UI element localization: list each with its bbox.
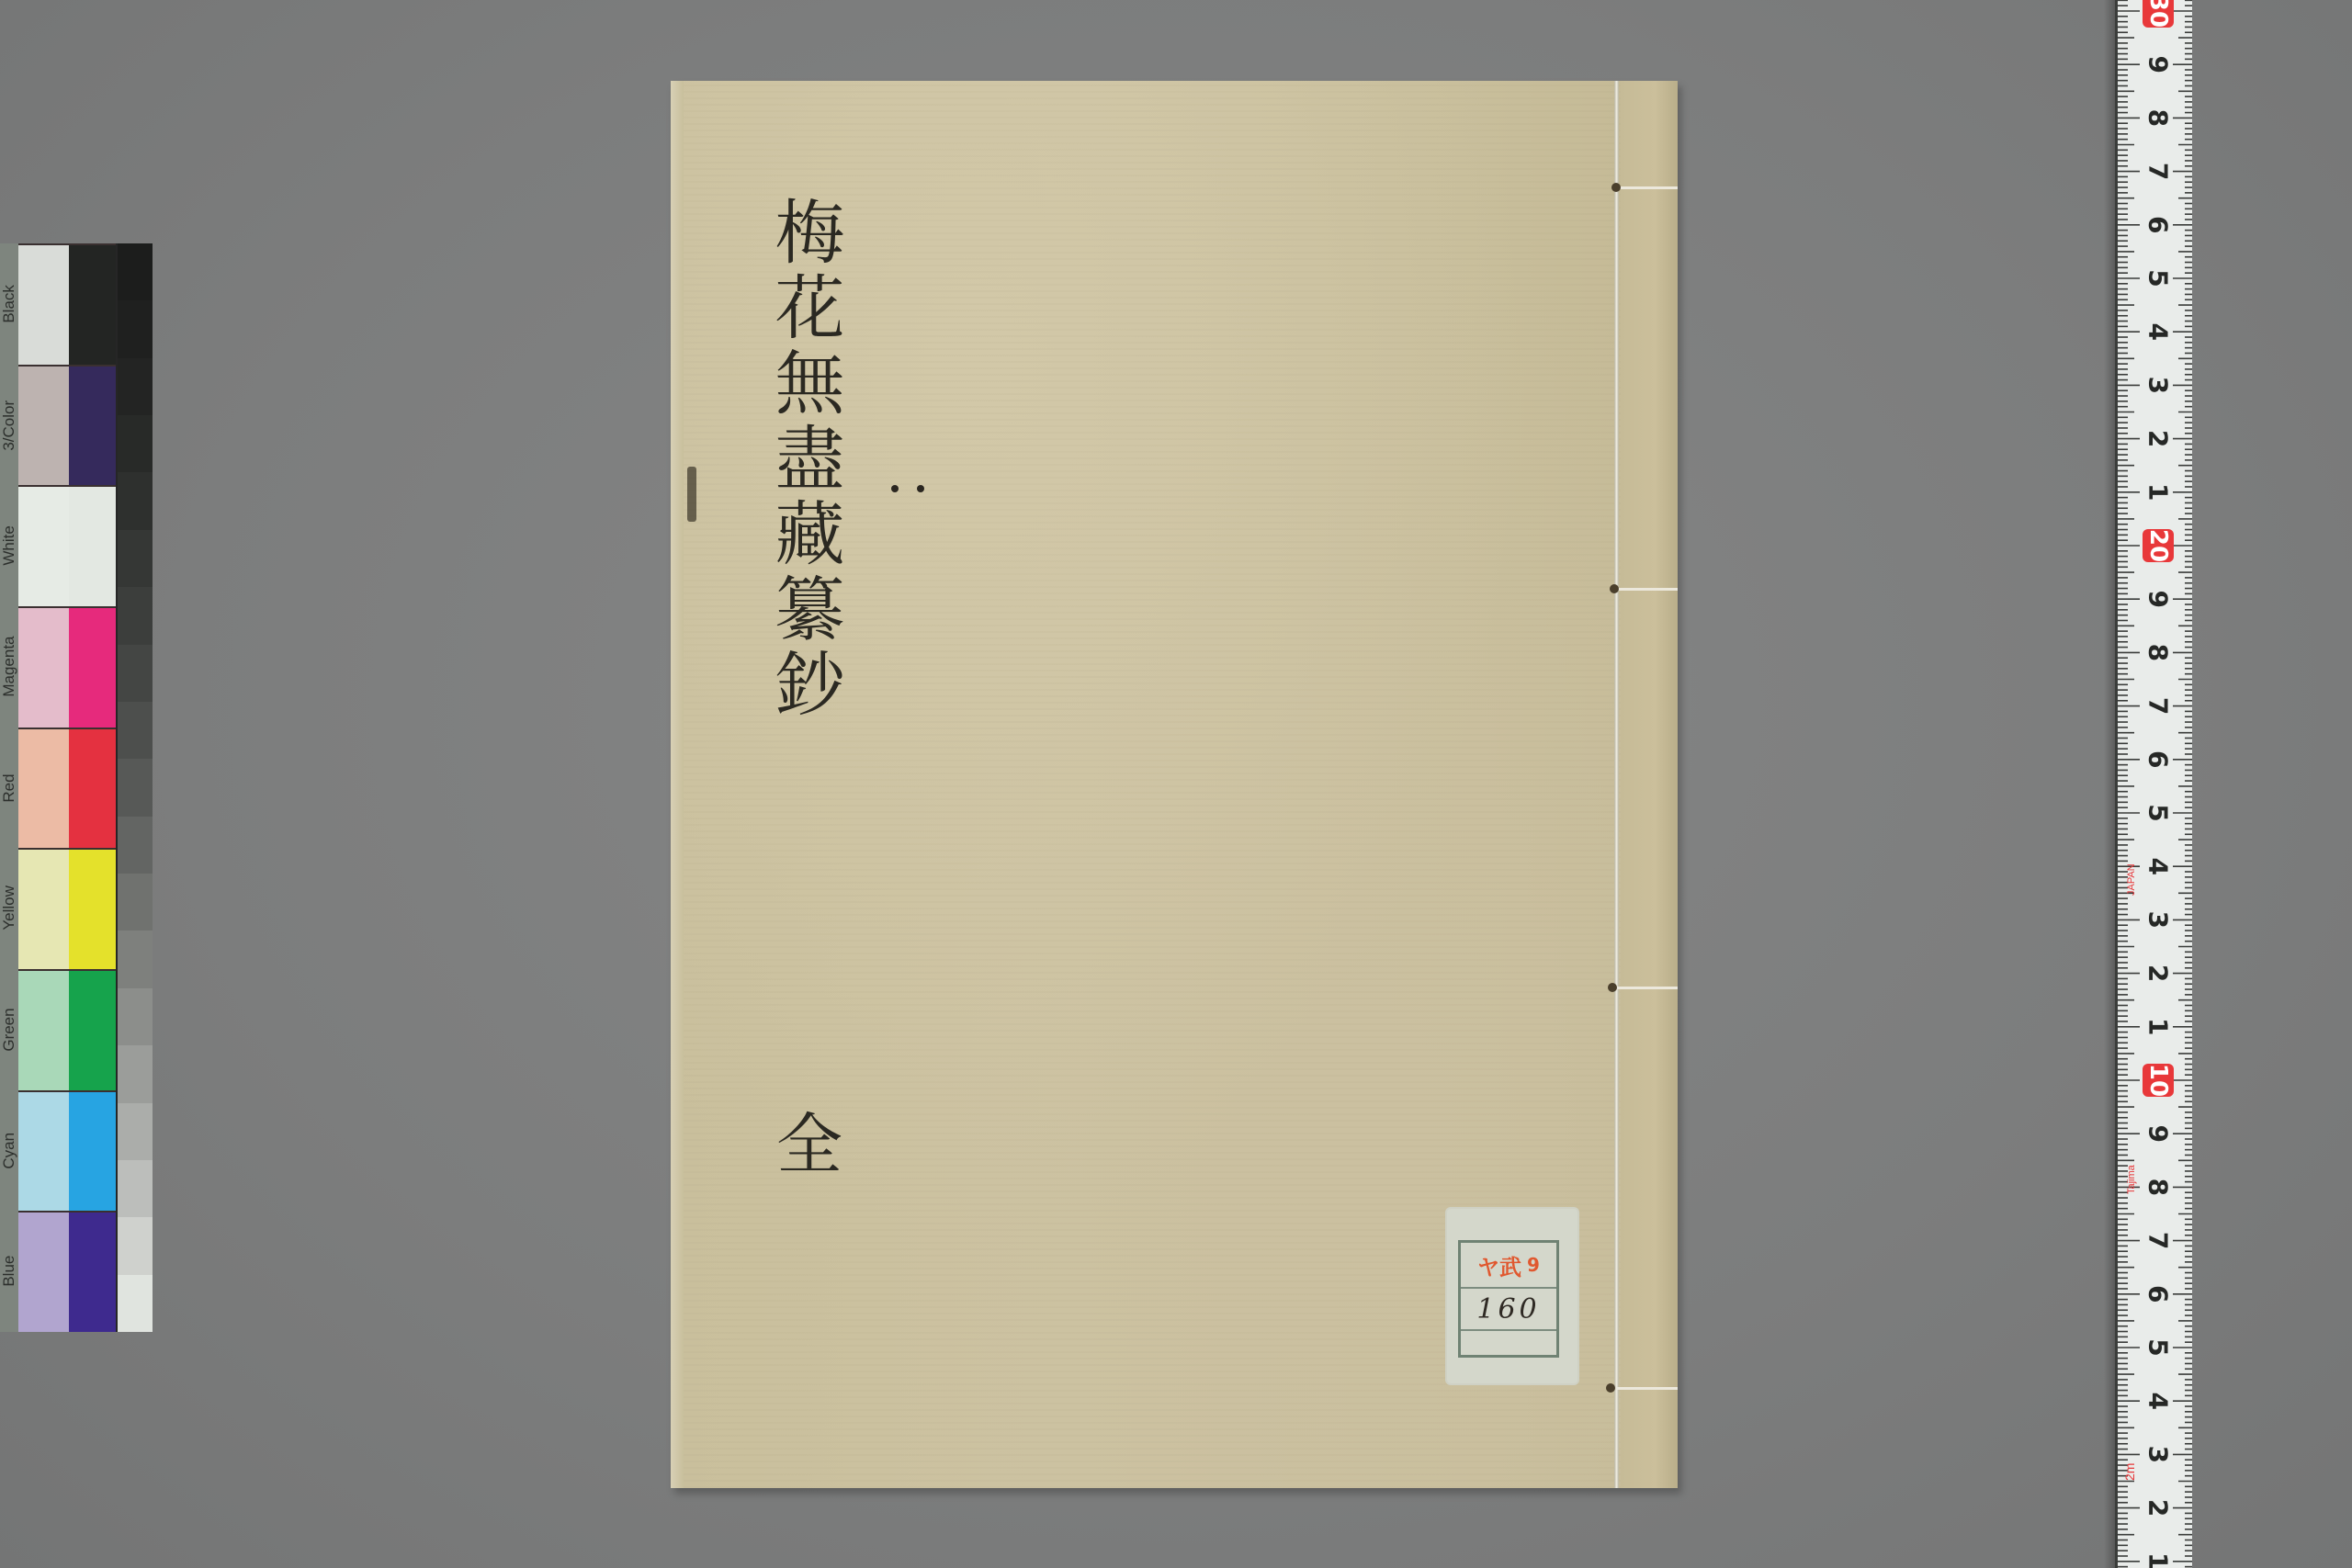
volume-mark: 全 — [776, 1091, 842, 1187]
gray-step — [118, 300, 153, 357]
svg-text:6: 6 — [2143, 750, 2174, 768]
svg-text:20: 20 — [2144, 529, 2172, 562]
color-chart-label: White — [0, 485, 18, 606]
label-class-text: ヤ武 — [1477, 1249, 1521, 1281]
gray-scale-strip — [116, 243, 153, 1332]
gray-step — [118, 415, 153, 472]
gray-step — [118, 530, 153, 587]
svg-text:3: 3 — [2143, 911, 2174, 929]
gray-step — [118, 1045, 153, 1102]
color-chart-label: 3/Color — [0, 365, 18, 486]
svg-text:2: 2 — [2143, 1499, 2174, 1517]
svg-text:2: 2 — [2143, 430, 2174, 447]
svg-text:1: 1 — [2143, 1552, 2174, 1568]
color-patch-light — [18, 367, 69, 486]
color-chart-label: Green — [0, 969, 18, 1090]
gray-step — [118, 1275, 153, 1332]
svg-text:9: 9 — [2143, 55, 2174, 73]
color-patch-saturated — [69, 971, 116, 1090]
color-patch-saturated — [69, 1213, 116, 1332]
gray-step — [118, 874, 153, 931]
stitch-1 — [1617, 186, 1678, 189]
svg-text:10: 10 — [2144, 1064, 2172, 1097]
svg-text:5: 5 — [2143, 269, 2174, 287]
stitch-2 — [1617, 588, 1678, 591]
color-chart-label: Magenta — [0, 606, 18, 728]
library-label: ヤ武 9 160 — [1447, 1209, 1577, 1383]
svg-text:Tajima: Tajima — [2126, 1164, 2137, 1194]
color-patch-row — [18, 848, 116, 969]
color-patch-light — [18, 608, 69, 728]
gray-step — [118, 931, 153, 987]
stitch-hole — [1610, 584, 1619, 593]
stitch-hole — [1606, 1383, 1615, 1393]
color-chart-label: Black — [0, 243, 18, 365]
svg-text:4: 4 — [2143, 1392, 2174, 1409]
label-class-number: 9 — [1527, 1254, 1540, 1276]
color-patch-light — [18, 971, 69, 1090]
ink-dots — [891, 485, 924, 492]
gray-step — [118, 243, 153, 300]
color-patch-row — [18, 485, 116, 606]
binding-margin — [1621, 81, 1678, 1488]
measuring-tape: 309876543212098765432110987654321JAPANTa… — [2115, 0, 2192, 1568]
book-cover: 梅花無盡藏纂鈔 全 ヤ武 9 160 — [671, 81, 1678, 1488]
color-patch-light — [18, 729, 69, 849]
color-patch-saturated — [69, 245, 116, 365]
stitch-3 — [1617, 987, 1678, 989]
svg-text:9: 9 — [2143, 590, 2174, 607]
gray-step — [118, 1160, 153, 1217]
svg-text:5: 5 — [2143, 804, 2174, 821]
ruler-scale: 309876543212098765432110987654321JAPANTa… — [2118, 0, 2192, 1568]
gray-step — [118, 817, 153, 874]
color-patch-row — [18, 1211, 116, 1332]
svg-text:7: 7 — [2143, 697, 2174, 715]
color-patch-light — [18, 487, 69, 606]
color-chart-labels: Black3/ColorWhiteMagentaRedYellowGreenCy… — [0, 243, 18, 1332]
stitch-hole — [1611, 183, 1621, 192]
color-patch-light — [18, 1213, 69, 1332]
gray-step — [118, 988, 153, 1045]
color-patch-row — [18, 243, 116, 365]
color-patch-saturated — [69, 367, 116, 486]
svg-text:2: 2 — [2143, 964, 2174, 982]
color-patch-row — [18, 365, 116, 486]
gray-step — [118, 759, 153, 816]
color-patches — [18, 243, 116, 1332]
svg-text:8: 8 — [2143, 1179, 2174, 1196]
gray-step — [118, 645, 153, 702]
svg-text:3: 3 — [2143, 377, 2174, 394]
color-patch-row — [18, 728, 116, 849]
svg-text:9: 9 — [2143, 1124, 2174, 1142]
svg-text:4: 4 — [2143, 322, 2174, 340]
color-patch-saturated — [69, 608, 116, 728]
color-patch-light — [18, 245, 69, 365]
svg-text:8: 8 — [2143, 109, 2174, 127]
color-patch-saturated — [69, 850, 116, 969]
svg-text:30: 30 — [2144, 0, 2172, 28]
stitch-hole — [1608, 983, 1617, 992]
book-fore-edge — [671, 81, 684, 1488]
gray-step — [118, 1217, 153, 1274]
gray-step — [118, 702, 153, 759]
color-patch-saturated — [69, 729, 116, 849]
color-chart-label: Yellow — [0, 848, 18, 969]
svg-text:JAPAN: JAPAN — [2126, 863, 2137, 896]
color-patch-row — [18, 1090, 116, 1212]
color-patch-row — [18, 969, 116, 1090]
svg-text:5: 5 — [2143, 1338, 2174, 1356]
svg-text:1: 1 — [2143, 1018, 2174, 1035]
gray-step — [118, 472, 153, 529]
svg-text:2m: 2m — [2122, 1463, 2137, 1481]
color-chart-label: Cyan — [0, 1090, 18, 1212]
svg-text:8: 8 — [2143, 644, 2174, 661]
color-patch-light — [18, 850, 69, 969]
svg-text:1: 1 — [2143, 483, 2174, 501]
svg-text:4: 4 — [2143, 857, 2174, 874]
label-classification: ヤ武 9 — [1461, 1243, 1556, 1289]
label-call-number: 160 — [1461, 1289, 1556, 1331]
gray-step — [118, 1103, 153, 1160]
gray-step — [118, 358, 153, 415]
color-calibration-chart: Black3/ColorWhiteMagentaRedYellowGreenCy… — [0, 243, 153, 1332]
svg-text:7: 7 — [2143, 163, 2174, 180]
color-chart-label: Red — [0, 728, 18, 849]
label-frame: ヤ武 9 160 — [1458, 1240, 1559, 1358]
color-patch-light — [18, 1092, 69, 1212]
gray-step — [118, 587, 153, 644]
color-patch-row — [18, 606, 116, 728]
stitch-4 — [1617, 1387, 1678, 1390]
binding-thread — [1614, 81, 1619, 1488]
ink-stain — [687, 467, 696, 522]
book-title: 梅花無盡藏纂鈔 — [758, 196, 850, 723]
svg-text:6: 6 — [2143, 1285, 2174, 1303]
svg-text:6: 6 — [2143, 216, 2174, 233]
color-chart-label: Blue — [0, 1211, 18, 1332]
color-patch-saturated — [69, 1092, 116, 1212]
color-patch-saturated — [69, 487, 116, 606]
svg-text:3: 3 — [2143, 1446, 2174, 1463]
svg-text:7: 7 — [2143, 1232, 2174, 1249]
